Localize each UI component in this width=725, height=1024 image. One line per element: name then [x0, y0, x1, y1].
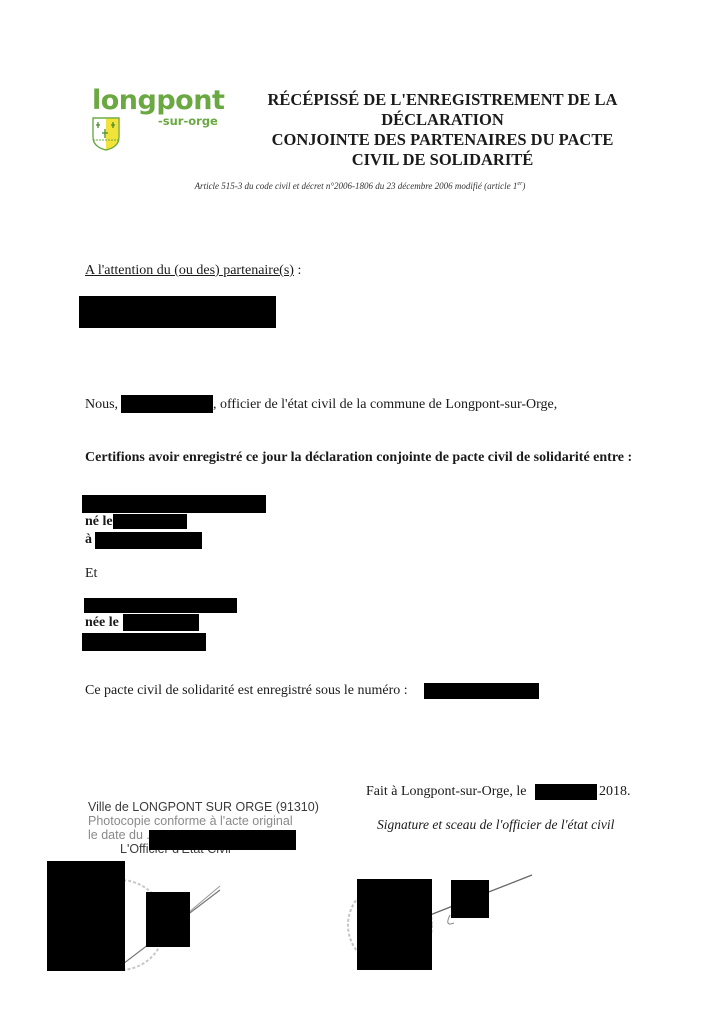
partner1-born-at-label: à	[85, 532, 92, 548]
redacted-partner1-name	[82, 495, 266, 513]
registration-line: Ce pacte civil de solidarité est enregis…	[85, 683, 408, 699]
redacted-officer-signature-right	[357, 879, 432, 970]
coat-of-arms-shield-icon	[92, 117, 120, 151]
redacted-copy-date	[149, 830, 296, 850]
redacted-partner2-name	[84, 598, 237, 613]
stamp-line-1: Ville de LONGPONT SUR ORGE (91310)	[88, 800, 319, 814]
redacted-partner1-birth-date	[113, 514, 187, 529]
title-line-2: DÉCLARATION	[250, 110, 635, 130]
legal-reference: Article 515-3 du code civil et décret n°…	[80, 181, 640, 191]
certification-statement: Certifions avoir enregistré ce jour la d…	[85, 449, 645, 467]
legal-reference-text: Article 515-3 du code civil et décret n°…	[195, 181, 518, 191]
document-title: RÉCÉPISSÉ DE L'ENREGISTREMENT DE LA DÉCL…	[250, 90, 635, 170]
longpont-logo-subtitle: -sur-orge	[158, 114, 218, 128]
redacted-officer-initials-left	[146, 892, 190, 947]
redacted-officer-name	[121, 395, 213, 413]
redacted-officer-initials-right	[451, 880, 489, 918]
officer-line-suffix: , officier de l'état civil de la commune…	[213, 397, 557, 413]
redacted-registration-number	[424, 683, 539, 699]
partner1-born-on-label: né le	[85, 514, 113, 530]
stamp-line-2: Photocopie conforme à l'acte original	[88, 814, 319, 828]
redacted-partner2-birthplace	[82, 633, 206, 651]
partner2-born-on-label: née le	[85, 615, 119, 631]
title-line-4: CIVIL DE SOLIDARITÉ	[250, 150, 635, 170]
place-date-prefix: Fait à Longpont-sur-Orge, le	[366, 784, 526, 800]
partner-separator: Et	[85, 566, 97, 582]
redacted-recipient-name	[79, 296, 276, 328]
redacted-officer-signature-left	[47, 861, 125, 971]
signature-caption: Signature et sceau de l'officier de l'ét…	[377, 817, 614, 833]
legal-reference-end: )	[522, 181, 525, 191]
redacted-registration-date	[535, 784, 597, 800]
officer-line-prefix: Nous,	[85, 397, 118, 413]
title-line-1: RÉCÉPISSÉ DE L'ENREGISTREMENT DE LA	[250, 90, 635, 110]
attention-label: A l'attention du (ou des) partenaire(s)	[85, 263, 294, 278]
title-line-3: CONJOINTE DES PARTENAIRES DU PACTE	[250, 130, 635, 150]
place-date-year: 2018.	[599, 784, 631, 800]
redacted-partner1-birthplace	[95, 532, 202, 549]
longpont-logo-word: longpont	[92, 86, 224, 116]
attention-colon: :	[294, 263, 301, 278]
redacted-partner2-birth-date	[123, 614, 199, 631]
attention-line: A l'attention du (ou des) partenaire(s) …	[85, 263, 301, 279]
